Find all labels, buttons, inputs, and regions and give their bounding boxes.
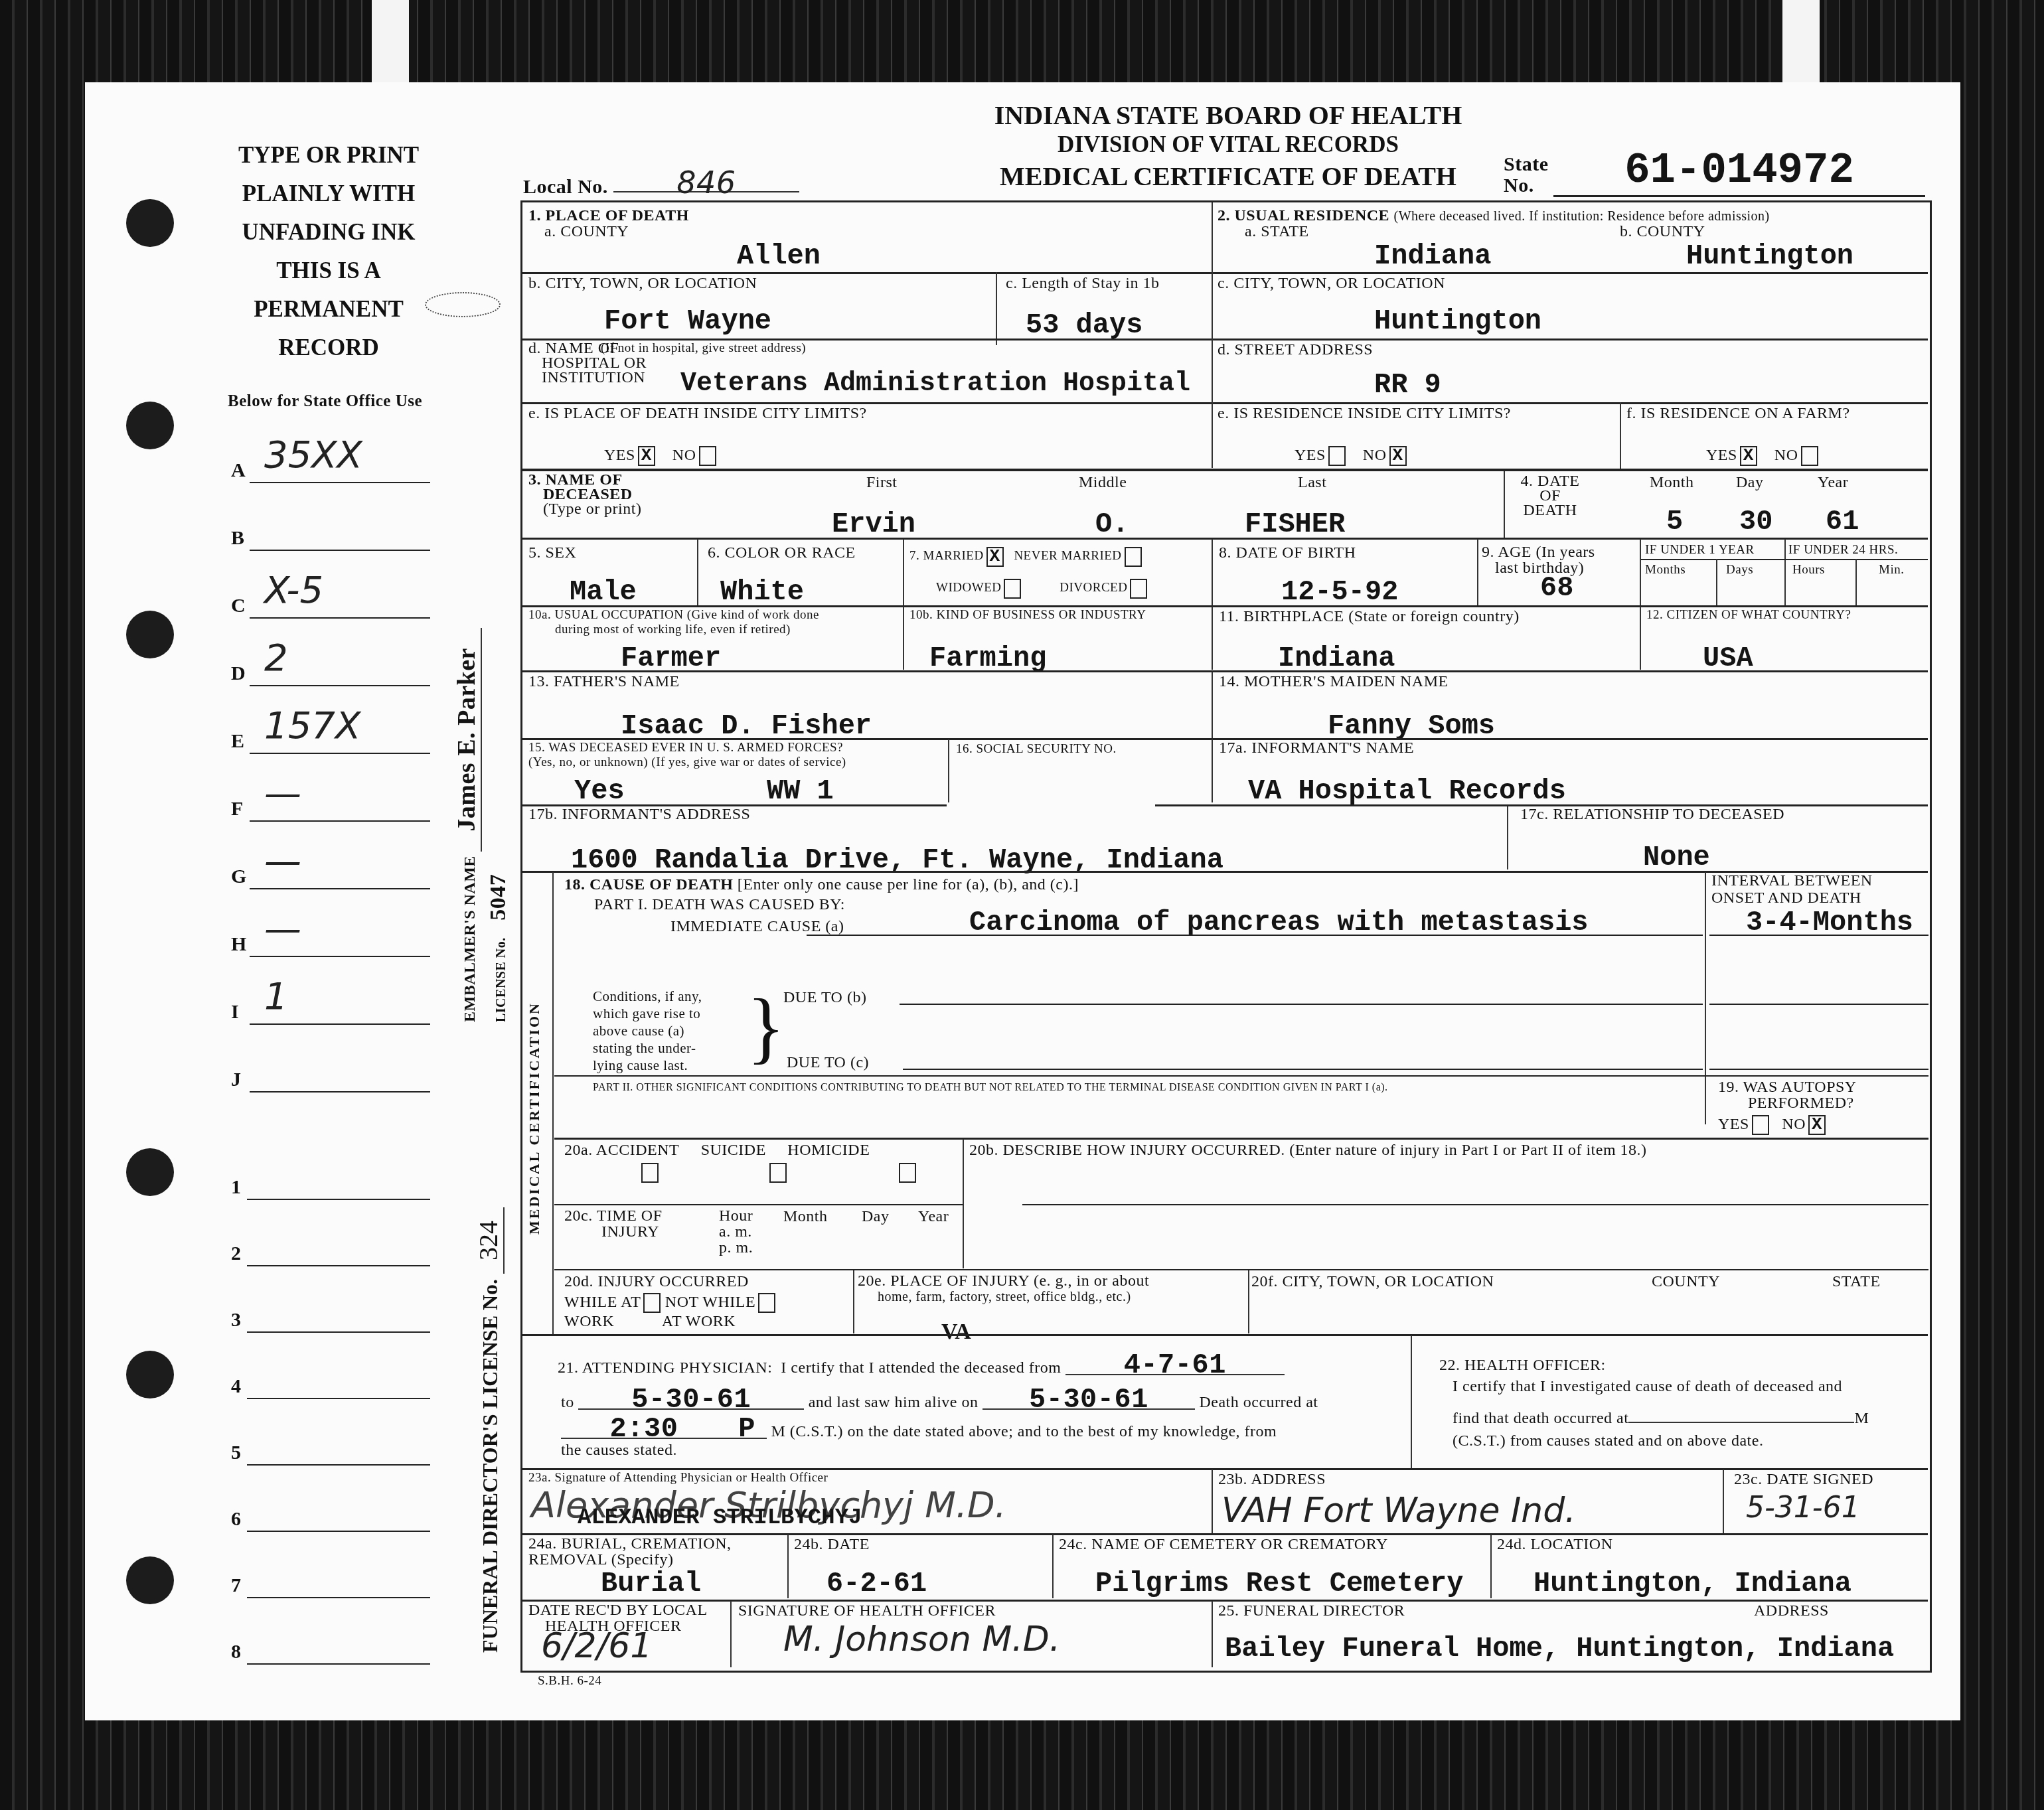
number-line [247,1331,430,1333]
local-no-label: Local No. [523,176,608,198]
res-street-label: d. STREET ADDRESS [1218,341,1373,358]
ssn-label: 16. SOCIAL SECURITY NO. [956,742,1117,757]
state-office-code-row: H— [231,905,430,958]
divider [522,402,1212,404]
under-24-hours-label: IF UNDER 24 HRS. [1788,543,1898,558]
divider [522,1533,1928,1535]
yes-label: YES [1295,447,1326,464]
divorced-checkbox[interactable] [1130,579,1147,599]
label-line: INJURY [564,1224,663,1240]
label-line: 3. NAME OF [528,473,641,487]
label-text: 18. CAUSE OF DEATH [564,876,733,893]
occupation-value: Farmer [621,642,721,674]
note-text: during most of working life, even if ret… [528,623,819,637]
instruction-line: PERMANENT [219,290,438,329]
part-2-label: PART II. OTHER SIGNIFICANT CONDITIONS CO… [593,1079,1388,1096]
label-line: INTERVAL BETWEEN [1711,872,1873,889]
label-text: 10a. USUAL OCCUPATION [528,608,683,622]
number-label: 7 [231,1574,241,1597]
code-letter: A [231,459,246,482]
form-code: S.B.H. 6-24 [538,1674,601,1689]
code-line [250,820,430,822]
physician-typed-name: ALEXANDER STRILBYCHYJ [578,1505,862,1531]
attended-from-value: 4-7-61 [1065,1357,1285,1375]
cause-label: 18. CAUSE OF DEATH [Enter only one cause… [564,876,1079,893]
divider [552,872,554,1334]
label-text: I certify that I attended the deceased f… [781,1359,1061,1377]
citizen-value: USA [1703,642,1753,674]
res-inside-yes-checkbox[interactable] [1328,446,1346,466]
code-letter: C [231,595,246,617]
physician-line-1: 21. ATTENDING PHYSICIAN: I certify that … [558,1357,1285,1377]
instructions-block: TYPE OR PRINT PLAINLY WITH UNFADING INK … [219,136,438,367]
informant-value: VA Hospital Records [1248,775,1566,807]
occupation-label: 10a. USUAL OCCUPATION (Give kind of work… [528,608,819,637]
code-line [250,1023,430,1025]
state-no-label: State No. [1504,154,1548,196]
state-office-code-row: D2 [231,635,430,688]
label-line: 20e. PLACE OF INJURY (e. g., in or about [858,1273,1149,1289]
divider [1411,1335,1412,1468]
res-county-label: b. COUNTY [1620,223,1705,240]
divider [1716,559,1717,605]
label-line: DEATH [1510,503,1590,518]
death-time-value: 2:30 [561,1420,727,1439]
code-value: 2 [264,637,288,680]
divider [900,1004,1703,1005]
health-officer-signature-label: SIGNATURE OF HEALTH OFFICER [738,1602,996,1620]
signature-label: 23a. Signature of Attending Physician or… [528,1471,828,1485]
state-office-number-row: 7 [231,1560,430,1600]
marital-row-2: WIDOWED DIVORCED [936,579,1147,599]
label-line: 20c. TIME OF [564,1208,663,1224]
immediate-cause-value: Carcinoma of pancreas with metastasis [969,907,1589,939]
divider [787,1535,789,1598]
divider [1213,402,1928,404]
burial-method-value: Burial [601,1568,701,1600]
code-letter: F [231,798,243,820]
certificate-title: MEDICAL CERTIFICATE OF DEATH [929,161,1527,192]
conditions-note-line: lying cause last. [593,1057,702,1074]
due-to-b-label: DUE TO (b) [783,989,866,1006]
number-label: 8 [231,1641,241,1663]
autopsy-yes-checkbox[interactable] [1752,1115,1769,1135]
state-office-code-row: A35XX [231,431,430,485]
middle-name-value: O. [1095,508,1129,540]
label-text: 15. WAS DECEASED EVER IN U. S. ARMED FOR… [528,741,846,755]
armed-forces-label: 15. WAS DECEASED EVER IN U. S. ARMED FOR… [528,741,846,770]
instruction-line: TYPE OR PRINT [219,136,438,175]
dob-label: 8. DATE OF BIRTH [1219,544,1356,562]
divider [1022,1204,1928,1205]
relationship-value: None [1643,842,1710,873]
divider [522,1468,1928,1470]
label-line: 24a. BURIAL, CREMATION, [528,1536,732,1552]
divorced-label: DIVORCED [1060,581,1127,595]
number-label: 5 [231,1442,241,1464]
scan-gap [372,0,409,86]
funeral-license-field: FUNERAL DIRECTOR'S LICENSE No. 324 [473,1207,504,1653]
number-label: 2 [231,1243,241,1265]
father-value: Isaac D. Fisher [621,710,872,742]
death-city-value: Fort Wayne [604,305,771,337]
suicide-label: SUICIDE [701,1142,766,1159]
res-state-label: a. STATE [1245,223,1309,240]
marital-row-1: 7. MARRIEDX NEVER MARRIED [909,547,1142,567]
no-label: NO [672,447,696,464]
relationship-label: 17c. RELATIONSHIP TO DECEASED [1520,806,1784,823]
state-office-number-row: 6 [231,1493,430,1533]
conditions-note-line: Conditions, if any, [593,988,702,1005]
never-married-checkbox[interactable] [1125,547,1142,567]
cemetery-label: 24c. NAME OF CEMETERY OR CREMATORY [1059,1536,1388,1553]
widowed-checkbox[interactable] [1004,579,1021,599]
divider [903,607,904,670]
division-title: DIVISION OF VITAL RECORDS [929,131,1527,158]
physician-line-3: 2:30P M (C.S.T.) on the date stated abov… [561,1420,1277,1440]
widowed-label: WIDOWED [936,581,1001,595]
last-name-value: FISHER [1245,508,1345,540]
middle-label: Middle [1079,474,1127,491]
code-line [250,550,430,551]
funeral-license-number: 324 [473,1207,505,1274]
binder-hole [126,1351,174,1398]
va-stamp: VA [941,1320,971,1345]
divider [522,272,1212,274]
label-text: and last saw him alive on [809,1394,979,1411]
hospital-value: Veterans Administration Hospital [680,369,1190,399]
binder-hole [126,1148,174,1196]
code-line [250,617,430,619]
label-line: ONSET AND DEATH [1711,889,1873,907]
code-letter: I [231,1001,239,1023]
state-office-code-row: CX-5 [231,567,430,620]
number-label: 1 [231,1176,241,1199]
label-line: a. m. [719,1224,753,1240]
note-text: (Yes, no, or unknown) [528,755,648,769]
res-city-label: c. CITY, TOWN, OR LOCATION [1218,275,1445,292]
industry-label: 10b. KIND OF BUSINESS OR INDUSTRY [909,608,1146,623]
health-officer-label: 22. HEALTH OFFICER: [1439,1357,1606,1374]
number-line [247,1663,430,1665]
instruction-line: UNFADING INK [219,213,438,252]
dod-year-value: 61 [1826,506,1859,538]
divider [522,1334,1928,1336]
divider [1212,202,1213,468]
informant-label: 17a. INFORMANT'S NAME [1219,739,1414,757]
accident-checkbox[interactable] [641,1163,659,1183]
health-officer-text-2: find that death occurred atM [1453,1410,1869,1427]
injury-month-label: Month [783,1208,828,1225]
label-text: Death occurred at [1199,1394,1318,1411]
scan-gap [1782,0,1820,86]
industry-value: Farming [929,642,1046,674]
label-line: REMOVAL (Specify) [528,1552,732,1568]
label-text: to [561,1394,574,1411]
divider [1477,539,1478,605]
divider [1640,539,1641,605]
farm-label: f. IS RESIDENCE ON A FARM? [1626,405,1850,422]
inside-limits-yes-checkbox[interactable]: X [638,446,655,466]
label-line: HOSPITAL OR [528,356,647,370]
divider [807,935,1703,936]
divider [1212,1601,1213,1667]
city-label: b. CITY, TOWN, OR LOCATION [528,275,757,292]
no-label: No. [1504,175,1548,196]
res-city-value: Huntington [1374,305,1541,337]
divider [1709,935,1928,936]
inside-limits-no-checkbox[interactable] [699,446,716,466]
code-letter: H [231,933,246,956]
date-signed-label: 23c. DATE SIGNED [1734,1471,1873,1488]
embalmer-name: James E. Parker [453,628,482,852]
stay-label: c. Length of Stay in 1b [1006,275,1159,292]
divider [522,339,1212,340]
number-line [247,1531,430,1532]
binder-hole [126,199,174,247]
divider [522,670,1928,672]
label-text: 20b. DESCRIBE HOW INJURY OCCURRED. [969,1142,1285,1159]
brace-icon: } [747,988,785,1067]
label-text: WHILE AT [564,1294,641,1311]
state-number: 61-014972 [1553,147,1925,197]
inside-limits-checkboxes: YESX NO [604,446,716,466]
health-officer-text-3: (C.S.T.) from causes stated and on above… [1453,1432,1763,1450]
month-label: Month [1650,474,1694,491]
code-value: X-5 [264,569,323,612]
no-label: NO [1363,447,1387,464]
divider [1212,1470,1213,1533]
seal-stamp-icon [425,292,501,317]
father-label: 13. FATHER'S NAME [528,673,680,690]
res-state-value: Indiana [1374,240,1491,272]
divider [522,1600,1928,1602]
divider [1784,539,1786,605]
date-received-value: 6/2/61 [541,1626,652,1666]
age-label: 9. AGE (In years last birthday) [1482,544,1595,576]
code-letter: G [231,866,246,888]
label-text: M (C.S.T.) on the date stated above; and… [771,1423,1277,1440]
instruction-line: THIS IS A [219,252,438,290]
number-label: 6 [231,1508,241,1531]
injury-occurred-label: 20d. INJURY OCCURRED [564,1273,749,1290]
license-field: LICENSE No. 5047 [490,861,510,1022]
attended-to-value: 5-30-61 [578,1391,804,1410]
board-title: INDIANA STATE BOARD OF HEALTH [929,100,1527,131]
note-text: [Enter only one cause per line for (a), … [738,876,1079,893]
never-married-label: NEVER MARRIED [1014,549,1121,563]
label-text: NOT WHILE [665,1294,755,1311]
divider [1504,471,1505,538]
inside-limits-label: e. IS PLACE OF DEATH INSIDE CITY LIMITS? [528,405,867,422]
not-while-at-work-checkbox[interactable] [758,1293,775,1313]
conditions-note-line: above cause (a) [593,1022,702,1039]
label-line: DATE REC'D BY LOCAL [528,1602,708,1618]
code-letter: D [231,662,246,685]
informant-address-label: 17b. INFORMANT'S ADDRESS [528,806,750,823]
hospital-note: (If not in hospital, give street address… [601,341,806,356]
label-line: p. m. [719,1240,753,1256]
number-line [247,1464,430,1466]
label-text: WORK [564,1313,614,1330]
farm-no-checkbox[interactable] [1801,446,1818,466]
number-label: 4 [231,1375,241,1398]
label-line: OF [1510,489,1590,503]
autopsy-checkboxes: YES NOX [1718,1115,1826,1135]
divider [1212,672,1213,738]
state-office-label: Below for State Office Use [228,393,422,410]
code-letter: E [231,730,244,753]
code-line [250,482,430,483]
divider [963,1139,964,1268]
armed-forces-value: Yes [574,775,625,807]
autopsy-no-checkbox[interactable]: X [1808,1115,1826,1135]
state-office-code-row: J [231,1041,430,1094]
divider [554,1204,963,1205]
race-label: 6. COLOR OR RACE [708,544,856,562]
sex-label: 5. SEX [528,544,576,562]
label-line: DECEASED [528,487,641,502]
signature-address-value: VAH Fort Wayne Ind. [1221,1491,1576,1531]
sex-value: Male [570,576,637,608]
divider [554,1269,1928,1270]
number-line [247,1265,430,1266]
while-at-work-checkbox[interactable] [643,1293,661,1313]
death-county-value: Allen [737,240,821,272]
divider [522,469,1928,471]
county-label: a. COUNTY [544,223,629,240]
label-text: PART II. OTHER SIGNIFICANT CONDITIONS CO… [593,1082,1388,1093]
code-line [250,888,430,889]
while-at-work: WHILE AT NOT WHILE WORK AT WORK [564,1293,775,1330]
location-label: 24d. LOCATION [1497,1536,1613,1553]
mother-value: Fanny Soms [1328,710,1495,742]
autopsy-label: 19. WAS AUTOPSY PERFORMED? [1718,1079,1857,1111]
code-value: 1 [264,975,288,1018]
label-line: INSTITUTION [528,370,647,385]
state-office-number-row: 5 [231,1427,430,1467]
cemetery-value: Pilgrims Rest Cemetery [1095,1568,1464,1600]
due-to-c-label: DUE TO (c) [787,1054,869,1071]
war-value: WW 1 [767,775,834,807]
divider [1213,339,1928,340]
time-of-injury-label: 20c. TIME OF INJURY [564,1208,663,1240]
suicide-checkbox[interactable] [769,1163,787,1183]
label-line: 4. DATE [1510,474,1590,489]
code-line [250,753,430,754]
place-of-death-label: 1. PLACE OF DEATH [528,207,689,224]
divider [1213,272,1928,274]
yes-label: YES [1706,447,1737,464]
hour-label: Hour a. m. p. m. [719,1208,753,1256]
code-line [250,1091,430,1093]
date-signed-value: 5-31-61 [1746,1491,1860,1525]
dod-label: 4. DATE OF DEATH [1510,474,1590,518]
binder-hole [126,1556,174,1604]
health-officer-text-1: I certify that I investigated cause of d… [1453,1378,1842,1395]
physician-line-4: the causes stated. [561,1442,677,1459]
embalmer-field: EMBALMER'S NAME James E. Parker [458,628,479,1022]
label-line: home, farm, factory, street, office bldg… [858,1289,1149,1305]
note-text: (Enter nature of injury in Part I or Par… [1289,1142,1646,1159]
birthplace-value: Indiana [1278,642,1395,674]
note-text: (Give kind of work done [687,608,819,622]
last-label: Last [1298,474,1326,491]
license-number: 5047 [486,861,511,934]
married-checkbox[interactable]: X [986,547,1004,567]
label-text: M [1854,1410,1869,1427]
state-office-number-row: 8 [231,1626,430,1666]
place-of-injury-label: 20e. PLACE OF INJURY (e. g., in or about… [858,1273,1149,1305]
divider [522,605,1928,607]
license-label: LICENSE No. [494,937,509,1022]
divider [1705,872,1706,1124]
part-1-label: PART I. DEATH WAS CAUSED BY: [594,896,845,913]
binder-hole [126,402,174,449]
conditions-note: Conditions, if any,which gave rise toabo… [593,988,702,1074]
res-county-value: Huntington [1686,240,1853,272]
divider [853,1270,854,1333]
state-office-code-row: I1 [231,973,430,1026]
funeral-director-label: 25. FUNERAL DIRECTOR [1218,1602,1405,1620]
label-line: PERFORMED? [1718,1095,1857,1111]
under-1-year-label: IF UNDER 1 YEAR [1645,543,1755,558]
injury-day-label: Day [862,1208,889,1225]
divider [903,539,904,605]
code-value: — [264,772,301,815]
homicide-checkbox[interactable] [899,1163,916,1183]
injury-city-label: 20f. CITY, TOWN, OR LOCATION [1251,1273,1494,1290]
signature-address-label: 23b. ADDRESS [1218,1471,1326,1488]
embalmer-label: EMBALMER'S NAME [461,856,479,1022]
deceased-name-label: 3. NAME OF DECEASED (Type or print) [528,473,641,516]
divider [1052,1535,1054,1598]
conditions-note-line: which gave rise to [593,1005,702,1022]
divider [1855,559,1857,605]
state-label: State [1504,154,1548,175]
conditions-note-line: stating the under- [593,1039,702,1057]
code-value: — [264,840,301,883]
code-value: 35XX [264,433,362,477]
divider [554,1138,1928,1140]
age-value: 68 [1540,572,1573,604]
code-value: — [264,907,301,950]
immediate-cause-label: IMMEDIATE CAUSE (a) [670,918,844,935]
death-ampm-value: P [727,1420,767,1439]
farm-yes-checkbox[interactable]: X [1740,446,1757,466]
injury-year-label: Year [918,1208,949,1225]
location-value: Huntington, Indiana [1533,1568,1851,1600]
label-line: 19. WAS AUTOPSY [1718,1079,1857,1095]
label-line: (Type or print) [528,502,641,516]
divider [1490,1535,1492,1598]
funeral-license-label: FUNERAL DIRECTOR'S LICENSE No. [478,1279,502,1653]
first-label: First [866,474,898,491]
divider [1248,1270,1249,1333]
state-office-code-row: B [231,499,430,552]
divider [1709,1004,1928,1005]
homicide-label: HOMICIDE [787,1142,870,1159]
res-inside-no-checkbox[interactable]: X [1389,446,1407,466]
label-text: find that death occurred at [1453,1410,1628,1427]
number-label: 3 [231,1309,241,1331]
dod-month-value: 5 [1666,506,1683,538]
binder-hole [126,611,174,658]
divider [1709,1069,1928,1070]
describe-injury-label: 20b. DESCRIBE HOW INJURY OCCURRED. (Ente… [969,1142,1647,1159]
code-value: 157X [264,704,360,747]
physician-line-2: to 5-30-61 and last saw him alive on 5-3… [561,1391,1318,1411]
